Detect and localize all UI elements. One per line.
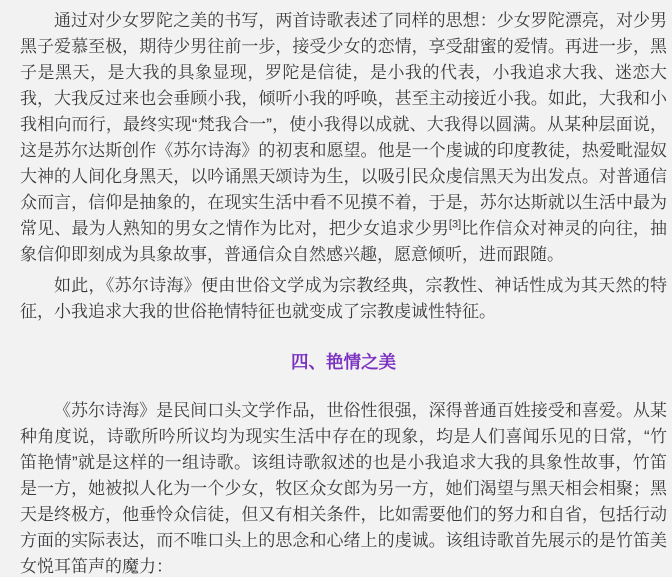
paragraph-flute-love: 《苏尔诗海》是民间口头文学作品，世俗性很强，深得普通百姓接受和喜爱。从某种角度说…	[20, 398, 667, 577]
footnote-ref-3: [3]	[449, 218, 461, 230]
paragraph-religious-classic: 如此，《苏尔诗海》便由世俗文学成为宗教经典，宗教性、神话性成为其天然的特征，小我…	[20, 273, 667, 325]
document-body: { "page": { "background_color": "#f2f2f3…	[0, 0, 672, 577]
section-heading-erotic-beauty: 四、艳情之美	[20, 349, 667, 375]
paragraph-rada-beauty-text: 通过对少女罗陀之美的书写，两首诗歌表述了同样的思想：少女罗陀漂亮，对少男黑子爱慕…	[20, 11, 667, 238]
article-page: 通过对少女罗陀之美的书写，两首诗歌表述了同样的思想：少女罗陀漂亮，对少男黑子爱慕…	[0, 0, 672, 577]
paragraph-rada-beauty: 通过对少女罗陀之美的书写，两首诗歌表述了同样的思想：少女罗陀漂亮，对少男黑子爱慕…	[20, 8, 667, 268]
